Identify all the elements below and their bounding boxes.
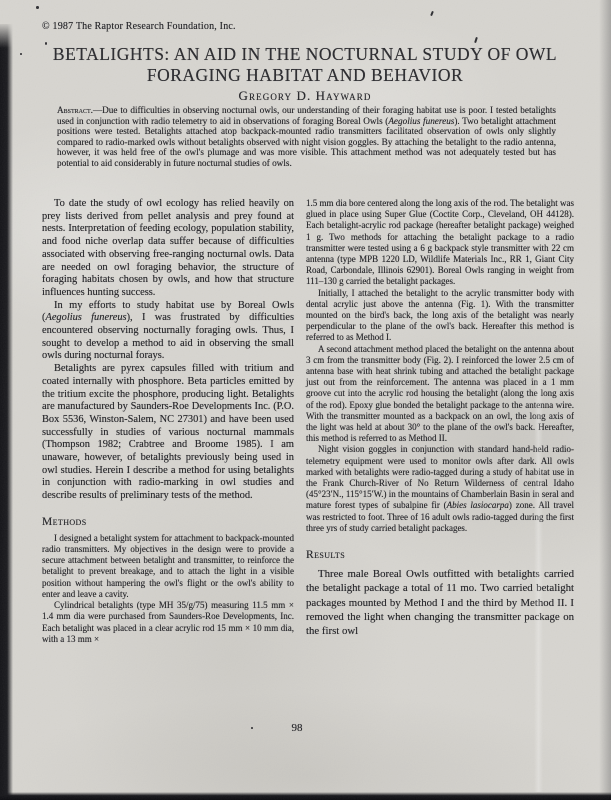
- abstract-label: Abstract.: [57, 105, 93, 115]
- scan-edge-bottom: [0, 792, 611, 800]
- scan-edge-right: [599, 0, 611, 800]
- ink-speck: [430, 11, 434, 16]
- article-title-line2: FORAGING HABITAT AND BEHAVIOR: [30, 65, 580, 86]
- methods-paragraph-3: Initially, I attached the betalight to t…: [306, 288, 574, 344]
- article-title: BETALIGHTS: AN AID IN THE NOCTURNAL STUD…: [30, 44, 580, 86]
- column-left: To date the study of owl ecology has rel…: [42, 198, 294, 645]
- intro-paragraph-2: In my efforts to study habitat use by Bo…: [42, 300, 294, 364]
- intro-paragraph-1: To date the study of owl ecology has rel…: [42, 198, 294, 300]
- ink-speck: [36, 6, 39, 9]
- intro-paragraph-3: Betalights are pyrex capsules filled wit…: [42, 363, 294, 503]
- page-number: 98: [42, 722, 552, 734]
- copyright-line: © 1987 The Raptor Research Foundation, I…: [42, 21, 236, 32]
- ink-speck: [474, 37, 478, 43]
- scan-edge-left-fade: [0, 22, 14, 48]
- scan-edge-left: [0, 24, 13, 800]
- methods-paragraph-1: I designed a betalight system for attach…: [42, 533, 294, 600]
- page-fold-highlight: [534, 360, 543, 792]
- methods-heading: Methods: [42, 516, 294, 528]
- species-name-italic: Aegolius funereus: [45, 312, 126, 323]
- two-column-body: To date the study of owl ecology has rel…: [42, 198, 574, 645]
- methods-paragraph-2-continued: 1.5 mm dia bore centered along the long …: [306, 198, 574, 288]
- ink-speck: [20, 53, 22, 55]
- species-name-italic: Aegolius funereus: [388, 116, 454, 126]
- abstract-block: Abstract.—Due to difficulties in observi…: [57, 105, 556, 168]
- ink-speck: [251, 727, 253, 729]
- species-name-italic: Abies lasiocarpa: [447, 500, 509, 510]
- ink-speck: [45, 42, 47, 45]
- article-title-line1: BETALIGHTS: AN AID IN THE NOCTURNAL STUD…: [30, 44, 580, 65]
- scanned-journal-page: © 1987 The Raptor Research Foundation, I…: [0, 0, 611, 800]
- author-name: Gregory D. Hayward: [30, 88, 580, 104]
- methods-paragraph-2-left: Cylindrical betalights (type MH 35/g/75)…: [42, 600, 294, 645]
